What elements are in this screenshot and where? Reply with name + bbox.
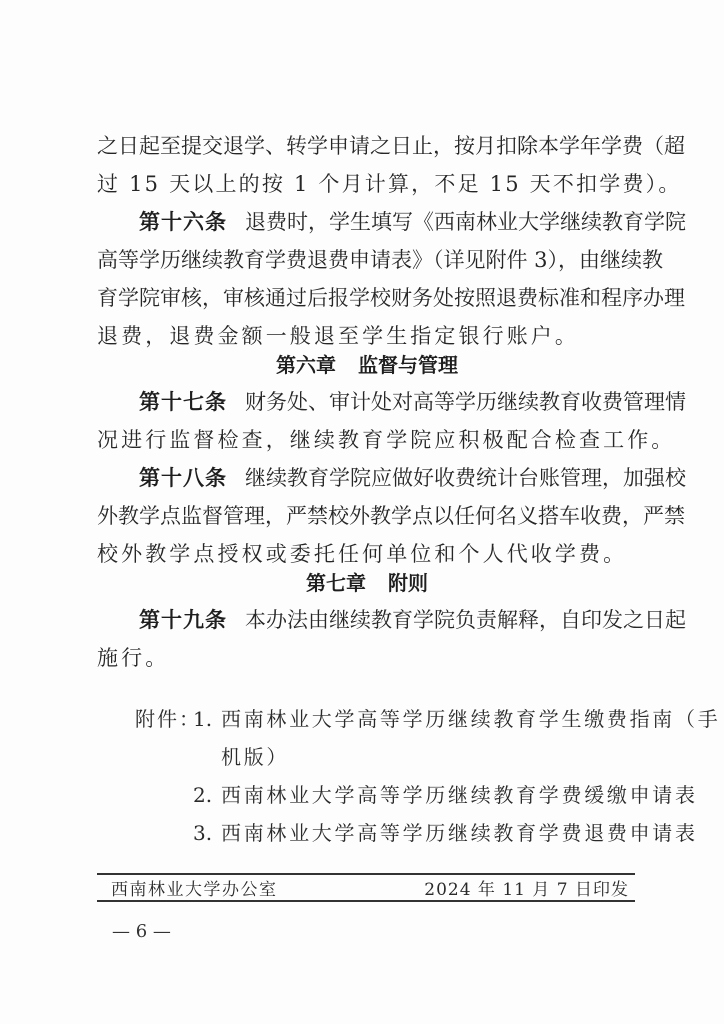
article-label: 第十七条 <box>139 390 227 414</box>
article-label: 第十六条 <box>139 210 227 234</box>
chapter-number: 第六章 <box>276 353 336 377</box>
body-line: 外教学点监督管理，严禁校外教学点以任何名义搭车收费，严禁 <box>97 497 637 535</box>
chapter-6-heading: 第六章监督与管理 <box>97 346 637 384</box>
body-line: 高等学历继续教育学费退费申请表》（详见附件 3），由继续教 <box>97 241 637 279</box>
attachment-title: 西南林业大学高等学历继续教育学费缓缴申请表 <box>221 783 698 807</box>
article-19-first-line: 第十九条本办法由继续教育学院负责解释，自印发之日起 <box>139 601 637 639</box>
body-line: 过 15 天以上的按 1 个月计算，不足 15 天不扣学费）。 <box>97 165 637 203</box>
document-page: 之日起至提交退学、转学申请之日止，按月扣除本学年学费（超 过 15 天以上的按 … <box>0 0 724 1024</box>
page-number: — 6 — <box>112 920 171 944</box>
body-line: 施行。 <box>97 639 637 677</box>
attachment-title: 西南林业大学高等学历继续教育学生缴费指南（手 <box>221 707 720 731</box>
chapter-7-heading: 第七章附则 <box>97 564 637 602</box>
article-text: 退费时，学生填写《西南林业大学继续教育学院 <box>245 210 686 234</box>
article-label: 第十九条 <box>139 608 227 632</box>
footer-bottom-rule <box>97 900 635 902</box>
article-16-first-line: 第十六条退费时，学生填写《西南林业大学继续教育学院 <box>139 203 637 241</box>
article-text: 财务处、审计处对高等学历继续教育收费管理情 <box>245 390 686 414</box>
attachment-title: 西南林业大学高等学历继续教育学费退费申请表 <box>221 821 698 845</box>
body-line: 况进行监督检查，继续教育学院应积极配合检查工作。 <box>97 421 637 459</box>
chapter-title: 监督与管理 <box>358 353 458 377</box>
attachment-item-1-cont: 机版） <box>221 738 289 776</box>
attachment-number: 3. <box>193 814 221 852</box>
body-line: 之日起至提交退学、转学申请之日止，按月扣除本学年学费（超 <box>97 127 637 165</box>
article-text: 本办法由继续教育学院负责解释，自印发之日起 <box>245 608 686 632</box>
article-17-first-line: 第十七条财务处、审计处对高等学历继续教育收费管理情 <box>139 383 637 421</box>
attachments-label: 附件： <box>135 700 201 738</box>
article-label: 第十八条 <box>139 466 227 490</box>
attachment-item-1: 1.西南林业大学高等学历继续教育学生缴费指南（手 <box>193 700 720 738</box>
attachment-item-2: 2.西南林业大学高等学历继续教育学费缓缴申请表 <box>193 776 698 814</box>
chapter-title: 附则 <box>388 571 428 595</box>
footer-top-rule <box>97 873 635 875</box>
article-text: 继续教育学院应做好收费统计台账管理，加强校 <box>245 466 686 490</box>
attachment-number: 1. <box>193 700 221 738</box>
chapter-number: 第七章 <box>306 571 366 595</box>
article-18-first-line: 第十八条继续教育学院应做好收费统计台账管理，加强校 <box>139 459 637 497</box>
attachment-number: 2. <box>193 776 221 814</box>
attachment-item-3: 3.西南林业大学高等学历继续教育学费退费申请表 <box>193 814 698 852</box>
body-line: 育学院审核，审核通过后报学校财务处按照退费标准和程序办理 <box>97 279 637 317</box>
